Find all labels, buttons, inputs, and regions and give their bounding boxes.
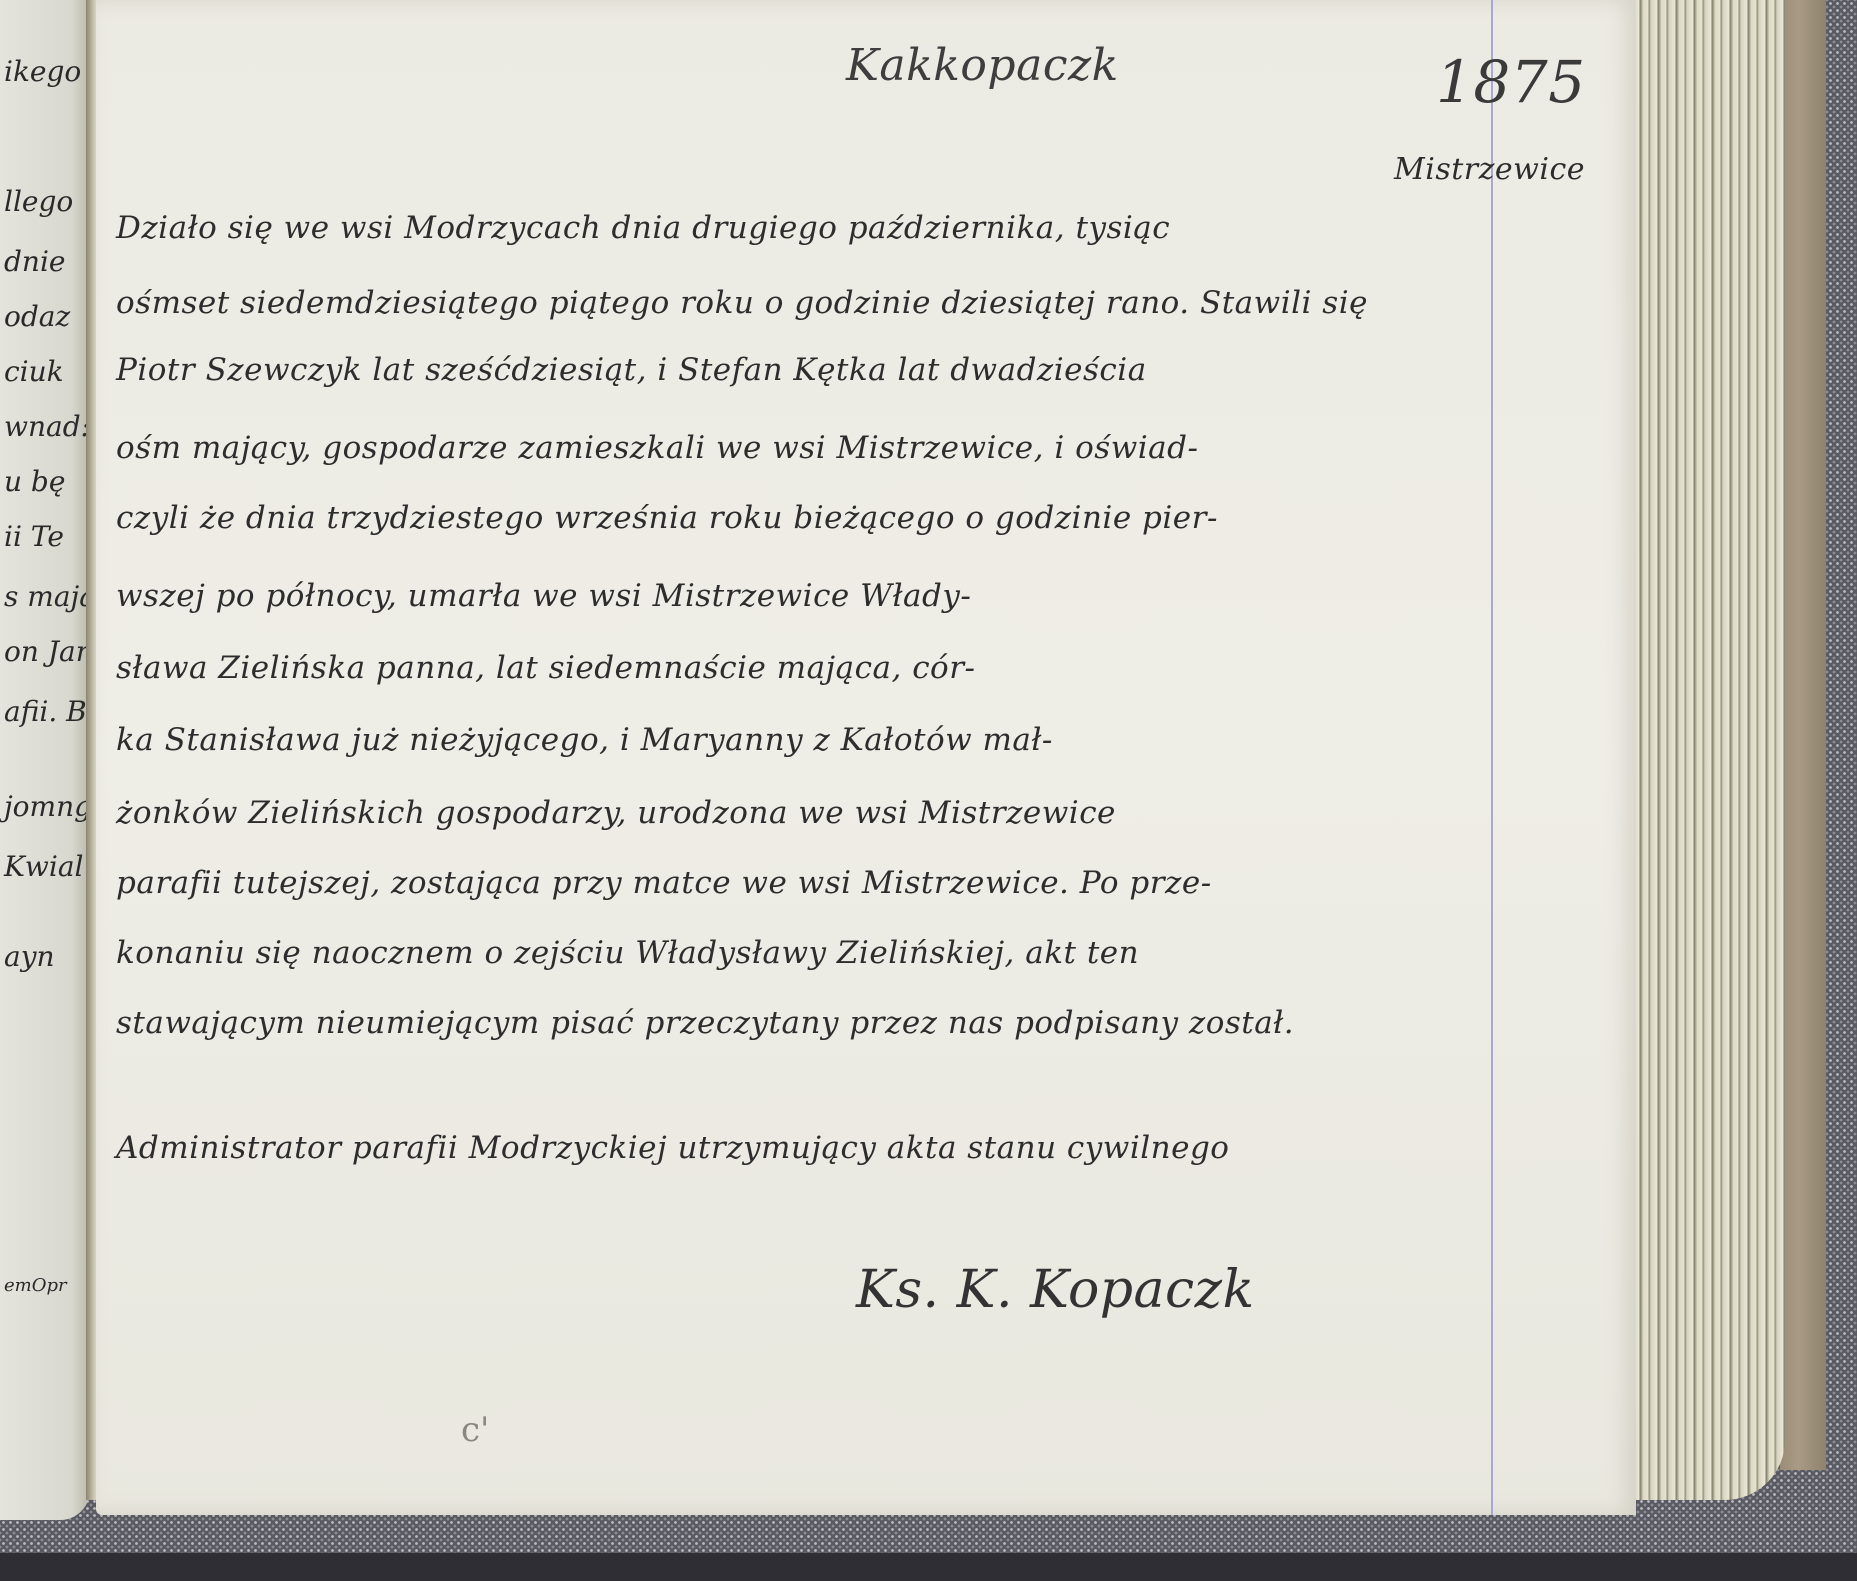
left-page-fragment: ii Te [4,520,64,553]
left-page-fragment: llego [4,185,73,218]
record-line: parafii tutejszej, zostająca przy matce … [116,865,1212,901]
record-line: stawającym nieumiejącym pisać przeczytan… [116,1005,1294,1041]
table-shadow [0,1553,1857,1581]
right-page: Kakkopaczk 1875 Mistrzewice Działo się w… [96,0,1636,1515]
margin-place-name: Mistrzewice [1394,152,1585,187]
left-page: ikego llego dnie odaz ciuk wnad: u bę ii… [0,0,90,1520]
left-page-fragment: s maja [4,580,96,613]
stray-ink-mark: c' [461,1410,489,1450]
record-line: konaniu się naocznem o zejściu Władysław… [116,935,1139,971]
record-line: ośm mający, gospodarze zamieszkali we ws… [116,430,1198,466]
record-line: ka Stanisława już nieżyjącego, i Maryann… [116,722,1053,758]
book-cover-board [1780,0,1826,1470]
record-line: Piotr Szewczyk lat sześćdziesiąt, i Stef… [116,352,1147,388]
record-year: 1875 [1436,48,1586,116]
left-page-fragment: emOpr [4,1275,67,1296]
left-page-fragment: ikego [4,55,81,88]
record-line: ośmset siedemdziesiątego piątego roku o … [116,285,1368,321]
left-page-fragment: ayn [4,940,55,973]
left-page-fragment: u bę [4,465,65,498]
page-heading: Kakkopaczk [846,40,1119,91]
left-page-fragment: wnad: [4,410,90,443]
priest-signature: Ks. K. Kopaczk [856,1260,1255,1320]
record-line: żonków Zielińskich gospodarzy, urodzona … [116,795,1116,831]
margin-rule [1491,0,1493,1515]
left-page-fragment: Kwial [4,850,84,883]
record-line: czyli że dnia trzydziestego września rok… [116,500,1218,536]
page-edges-stack [1625,0,1785,1500]
left-page-fragment: ciuk [4,355,64,388]
left-page-fragment: jomng [4,790,92,823]
record-line: wszej po północy, umarła we wsi Mistrzew… [116,578,971,614]
record-line: sława Zielińska panna, lat siedemnaście … [116,650,976,686]
left-page-fragment: dnie [4,245,65,278]
record-line: Administrator parafii Modrzyckiej utrzym… [116,1130,1229,1166]
record-line: Działo się we wsi Modrzycach dnia drugie… [116,210,1170,246]
left-page-fragment: on Jan [4,635,94,668]
left-page-fragment: odaz [4,300,70,333]
